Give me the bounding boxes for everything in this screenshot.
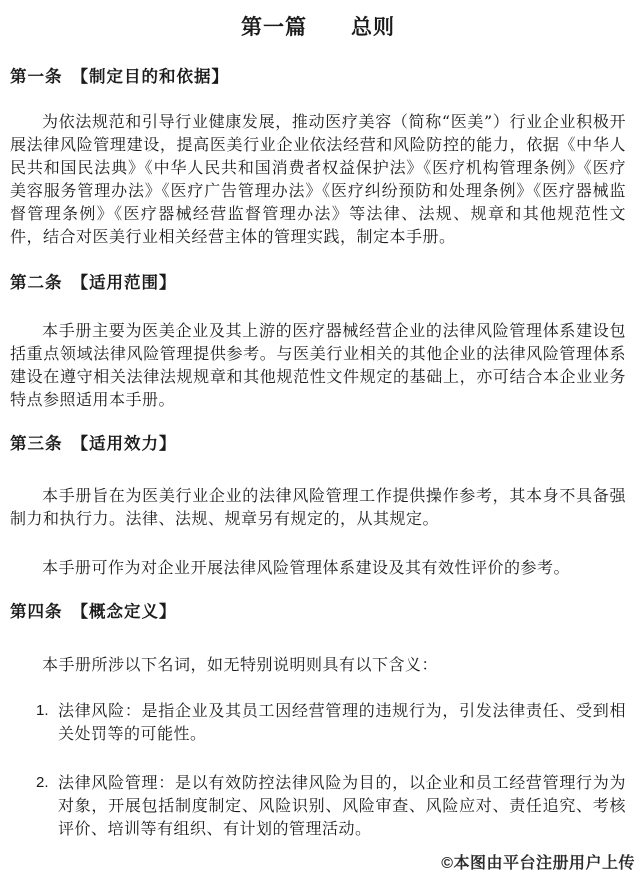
article-3-title: 【适用效力】 <box>72 434 177 453</box>
list-item-marker: 2. <box>36 771 58 840</box>
article-1-paragraph: 为依法规范和引导行业健康发展，推动医疗美容（简称“医美”）行业企业积极开展法律风… <box>10 110 626 248</box>
article-1-heading: 第一条【制定目的和依据】 <box>10 66 626 88</box>
article-1-number: 第一条 <box>10 67 63 86</box>
article-4-paragraph: 本手册所涉以下名词，如无特别说明则具有以下含义： <box>10 653 626 676</box>
document-page: 第一篇 总则 第一条【制定目的和依据】 为依法规范和引导行业健康发展，推动医疗美… <box>0 0 636 874</box>
article-3-heading: 第三条【适用效力】 <box>10 433 626 455</box>
article-4-title: 【概念定义】 <box>72 602 177 621</box>
definitions-list: 1. 法律风险：是指企业及其员工因经营管理的违规行为，引发法律责任、受到相关处罚… <box>10 699 626 840</box>
article-4-number: 第四条 <box>10 602 63 621</box>
article-1-title: 【制定目的和依据】 <box>72 67 230 86</box>
article-2-number: 第二条 <box>10 273 63 292</box>
article-3-paragraph-2: 本手册可作为对企业开展法律风险管理体系建设及其有效性评价的参考。 <box>10 556 626 579</box>
page-title: 第一篇 总则 <box>10 14 626 40</box>
article-2-paragraph: 本手册主要为医美企业及其上游的医疗器械经营企业的法律风险管理体系建设包括重点领域… <box>10 319 626 411</box>
article-3-number: 第三条 <box>10 434 63 453</box>
watermark: ©本图由平台注册用户上传 <box>441 850 635 873</box>
list-item: 2. 法律风险管理：是以有效防控法律风险为目的，以企业和员工经营管理行为为对象，… <box>10 771 626 840</box>
article-3-paragraph-1: 本手册旨在为医美行业企业的法律风险管理工作提供操作参考，其本身不具备强制力和执行… <box>10 484 626 530</box>
article-4-heading: 第四条【概念定义】 <box>10 601 626 623</box>
list-item-marker: 1. <box>36 699 58 745</box>
list-item-text: 法律风险：是指企业及其员工因经营管理的违规行为，引发法律责任、受到相关处罚等的可… <box>58 699 626 745</box>
list-item-text: 法律风险管理：是以有效防控法律风险为目的，以企业和员工经营管理行为为对象，开展包… <box>58 771 626 840</box>
list-item: 1. 法律风险：是指企业及其员工因经营管理的违规行为，引发法律责任、受到相关处罚… <box>10 699 626 745</box>
article-2-title: 【适用范围】 <box>72 273 177 292</box>
article-2-heading: 第二条【适用范围】 <box>10 272 626 294</box>
